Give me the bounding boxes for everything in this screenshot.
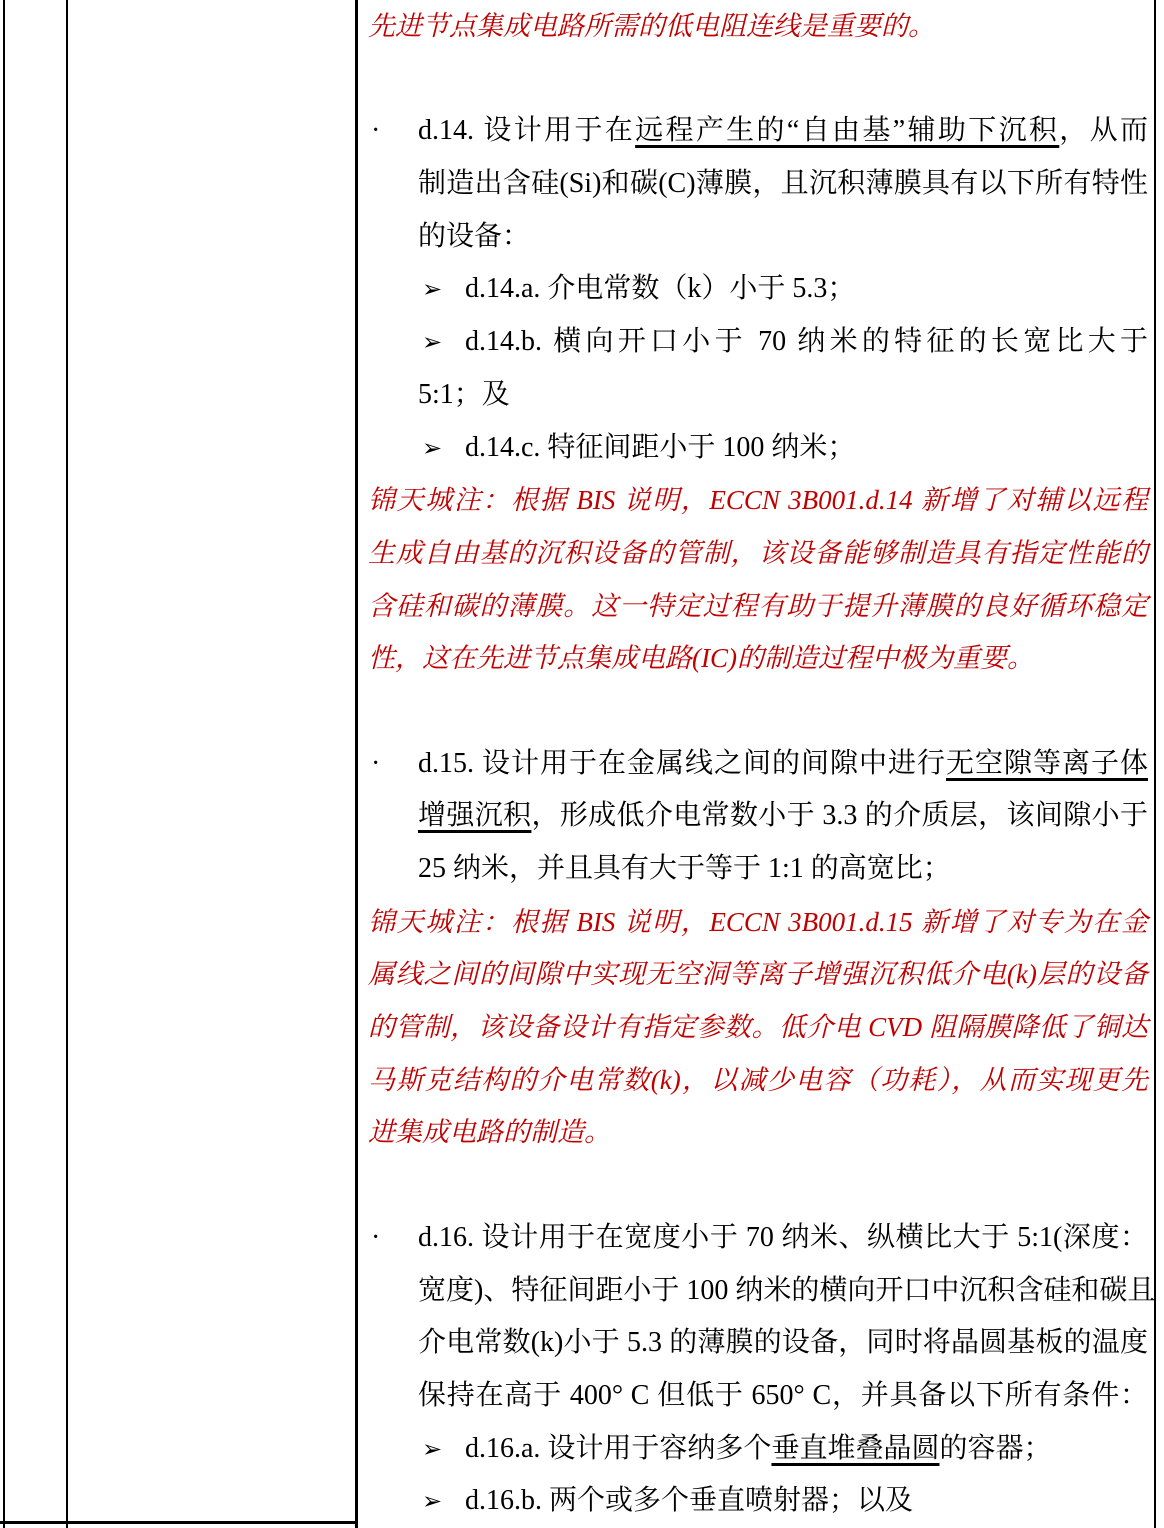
arrow-bullet-icon: ➢	[422, 1475, 442, 1528]
text-line: ·d.15. 设计用于在金属线之间的间隙中进行无空隙等离子体	[368, 738, 1148, 791]
text-segment: 锦天城注：根据 BIS 说明，ECCN 3B001.d.15 新增了对专为在金	[368, 907, 1148, 937]
text-line: 制造出含硅(Si)和碳(C)薄膜，且沉积薄膜具有以下所有特性	[368, 158, 1148, 211]
table-row-bottom-border	[0, 1521, 358, 1524]
underlined-text-segment: 垂直堆叠晶圆	[771, 1433, 939, 1464]
text-segment: 马斯克结构的介电常数(k)，以减少电容（功耗），从而实现更先	[368, 1065, 1148, 1095]
text-line: ➢d.16.b. 两个或多个垂直喷射器；以及	[368, 1475, 1148, 1528]
text-line: ·d.16. 设计用于在宽度小于 70 纳米、纵横比大于 5:1(深度：	[368, 1212, 1148, 1265]
annotation-line: 进集成电路的制造。	[368, 1106, 1148, 1159]
arrow-bullet-icon: ➢	[422, 263, 442, 316]
text-segment: ，形成低介电常数小于 3.3 的介质层，该间隙小于	[531, 800, 1148, 831]
annotation-line: 的管制，该设备设计有指定参数。低介电 CVD 阻隔膜降低了铜达	[368, 1001, 1148, 1054]
text-segment: d.14. 设计用于在	[418, 115, 635, 146]
blank-line	[368, 685, 1148, 738]
annotation-line: 锦天城注：根据 BIS 说明，ECCN 3B001.d.14 新增了对辅以远程	[368, 474, 1148, 527]
text-segment: d.14.c. 特征间距小于 100 纳米；	[465, 432, 855, 463]
annotation-line: 性，这在先进节点集成电路(IC)的制造过程中极为重要。	[368, 632, 1148, 685]
table-border-column1-right	[66, 0, 68, 1528]
annotation-line: 含硅和碳的薄膜。这一特定过程有助于提升薄膜的良好循环稳定	[368, 580, 1148, 633]
underlined-text-segment: 增强沉积	[418, 800, 531, 831]
table-border-outer-left	[3, 0, 5, 1528]
text-segment: d.15. 设计用于在金属线之间的间隙中进行	[418, 748, 946, 779]
bullet-dot-icon: ·	[371, 1212, 380, 1265]
annotation-line: 马斯克结构的介电常数(k)，以减少电容（功耗），从而实现更先	[368, 1054, 1148, 1107]
text-line: 增强沉积，形成低介电常数小于 3.3 的介质层，该间隙小于	[368, 790, 1148, 843]
text-segment: d.16.a. 设计用于容纳多个	[465, 1433, 771, 1464]
text-line: 保持在高于 400° C 但低于 650° C，并具备以下所有条件：	[368, 1370, 1148, 1423]
text-segment: d.14.a. 介电常数（k）小于 5.3；	[465, 273, 855, 304]
text-segment: 进集成电路的制造。	[368, 1117, 611, 1147]
content-cell: 先进节点集成电路所需的低电阻连线是重要的。·d.14. 设计用于在远程产生的“自…	[358, 0, 1155, 1528]
text-segment: 的管制，该设备设计有指定参数。低介电 CVD 阻隔膜降低了铜达	[368, 1012, 1148, 1042]
text-segment: d.16. 设计用于在宽度小于 70 纳米、纵横比大于 5:1(深度：	[418, 1222, 1148, 1253]
underlined-text-segment: 无空隙等离子体	[946, 748, 1148, 779]
text-line: 25 纳米，并且具有大于等于 1:1 的高宽比；	[368, 843, 1148, 896]
document-page: 先进节点集成电路所需的低电阻连线是重要的。·d.14. 设计用于在远程产生的“自…	[0, 0, 1164, 1528]
text-line: ·d.14. 设计用于在远程产生的“自由基”辅助下沉积，从而	[368, 105, 1148, 158]
text-segment: 性，这在先进节点集成电路(IC)的制造过程中极为重要。	[368, 643, 1034, 673]
text-line: ➢d.14.c. 特征间距小于 100 纳米；	[368, 422, 1148, 475]
text-segment: 生成自由基的沉积设备的管制，该设备能够制造具有指定性能的	[368, 538, 1148, 568]
arrow-bullet-icon: ➢	[422, 422, 442, 475]
text-segment: 锦天城注：根据 BIS 说明，ECCN 3B001.d.14 新增了对辅以远程	[368, 485, 1148, 515]
text-segment: 制造出含硅(Si)和碳(C)薄膜，且沉积薄膜具有以下所有特性	[418, 168, 1148, 199]
text-line: 宽度)、特征间距小于 100 纳米的横向开口中沉积含硅和碳且	[368, 1265, 1148, 1318]
text-segment: d.16.b. 两个或多个垂直喷射器；以及	[465, 1485, 913, 1516]
text-segment: 25 纳米，并且具有大于等于 1:1 的高宽比；	[418, 853, 951, 884]
bullet-dot-icon: ·	[371, 105, 380, 158]
text-segment: 的设备：	[418, 221, 530, 252]
text-segment: 介电常数(k)小于 5.3 的薄膜的设备，同时将晶圆基板的温度	[418, 1327, 1148, 1358]
text-segment: 宽度)、特征间距小于 100 纳米的横向开口中沉积含硅和碳且	[418, 1275, 1155, 1306]
annotation-line: 锦天城注：根据 BIS 说明，ECCN 3B001.d.15 新增了对专为在金	[368, 896, 1148, 949]
text-segment: ，从而	[1059, 115, 1148, 146]
text-line: ➢d.16.a. 设计用于容纳多个垂直堆叠晶圆的容器；	[368, 1423, 1148, 1476]
text-segment: 含硅和碳的薄膜。这一特定过程有助于提升薄膜的良好循环稳定	[368, 591, 1148, 621]
text-line: 介电常数(k)小于 5.3 的薄膜的设备，同时将晶圆基板的温度	[368, 1317, 1148, 1370]
text-segment: 的容器；	[939, 1433, 1051, 1464]
text-segment: 保持在高于 400° C 但低于 650° C，并具备以下所有条件：	[418, 1380, 1148, 1411]
annotation-line: 属线之间的间隙中实现无空洞等离子增强沉积低介电(k)层的设备	[368, 948, 1148, 1001]
annotation-line: 生成自由基的沉积设备的管制，该设备能够制造具有指定性能的	[368, 527, 1148, 580]
blank-line	[368, 1159, 1148, 1212]
text-line: 的设备：	[368, 211, 1148, 264]
text-line: 5:1；及	[368, 369, 1148, 422]
annotation-line: 先进节点集成电路所需的低电阻连线是重要的。	[368, 0, 1148, 53]
text-segment: d.14.b. 横向开口小于 70 纳米的特征的长宽比大于	[465, 326, 1148, 357]
text-line: ➢d.14.b. 横向开口小于 70 纳米的特征的长宽比大于	[368, 316, 1148, 369]
text-segment: 属线之间的间隙中实现无空洞等离子增强沉积低介电(k)层的设备	[368, 959, 1148, 989]
text-segment: 先进节点集成电路所需的低电阻连线是重要的。	[368, 11, 935, 41]
bullet-dot-icon: ·	[371, 738, 380, 791]
text-segment: 5:1；及	[418, 379, 510, 410]
arrow-bullet-icon: ➢	[422, 1423, 442, 1476]
arrow-bullet-icon: ➢	[422, 316, 442, 369]
text-line: ➢d.14.a. 介电常数（k）小于 5.3；	[368, 263, 1148, 316]
underlined-text-segment: 远程产生的“自由基”辅助下沉积	[635, 115, 1059, 146]
blank-line	[368, 53, 1148, 106]
